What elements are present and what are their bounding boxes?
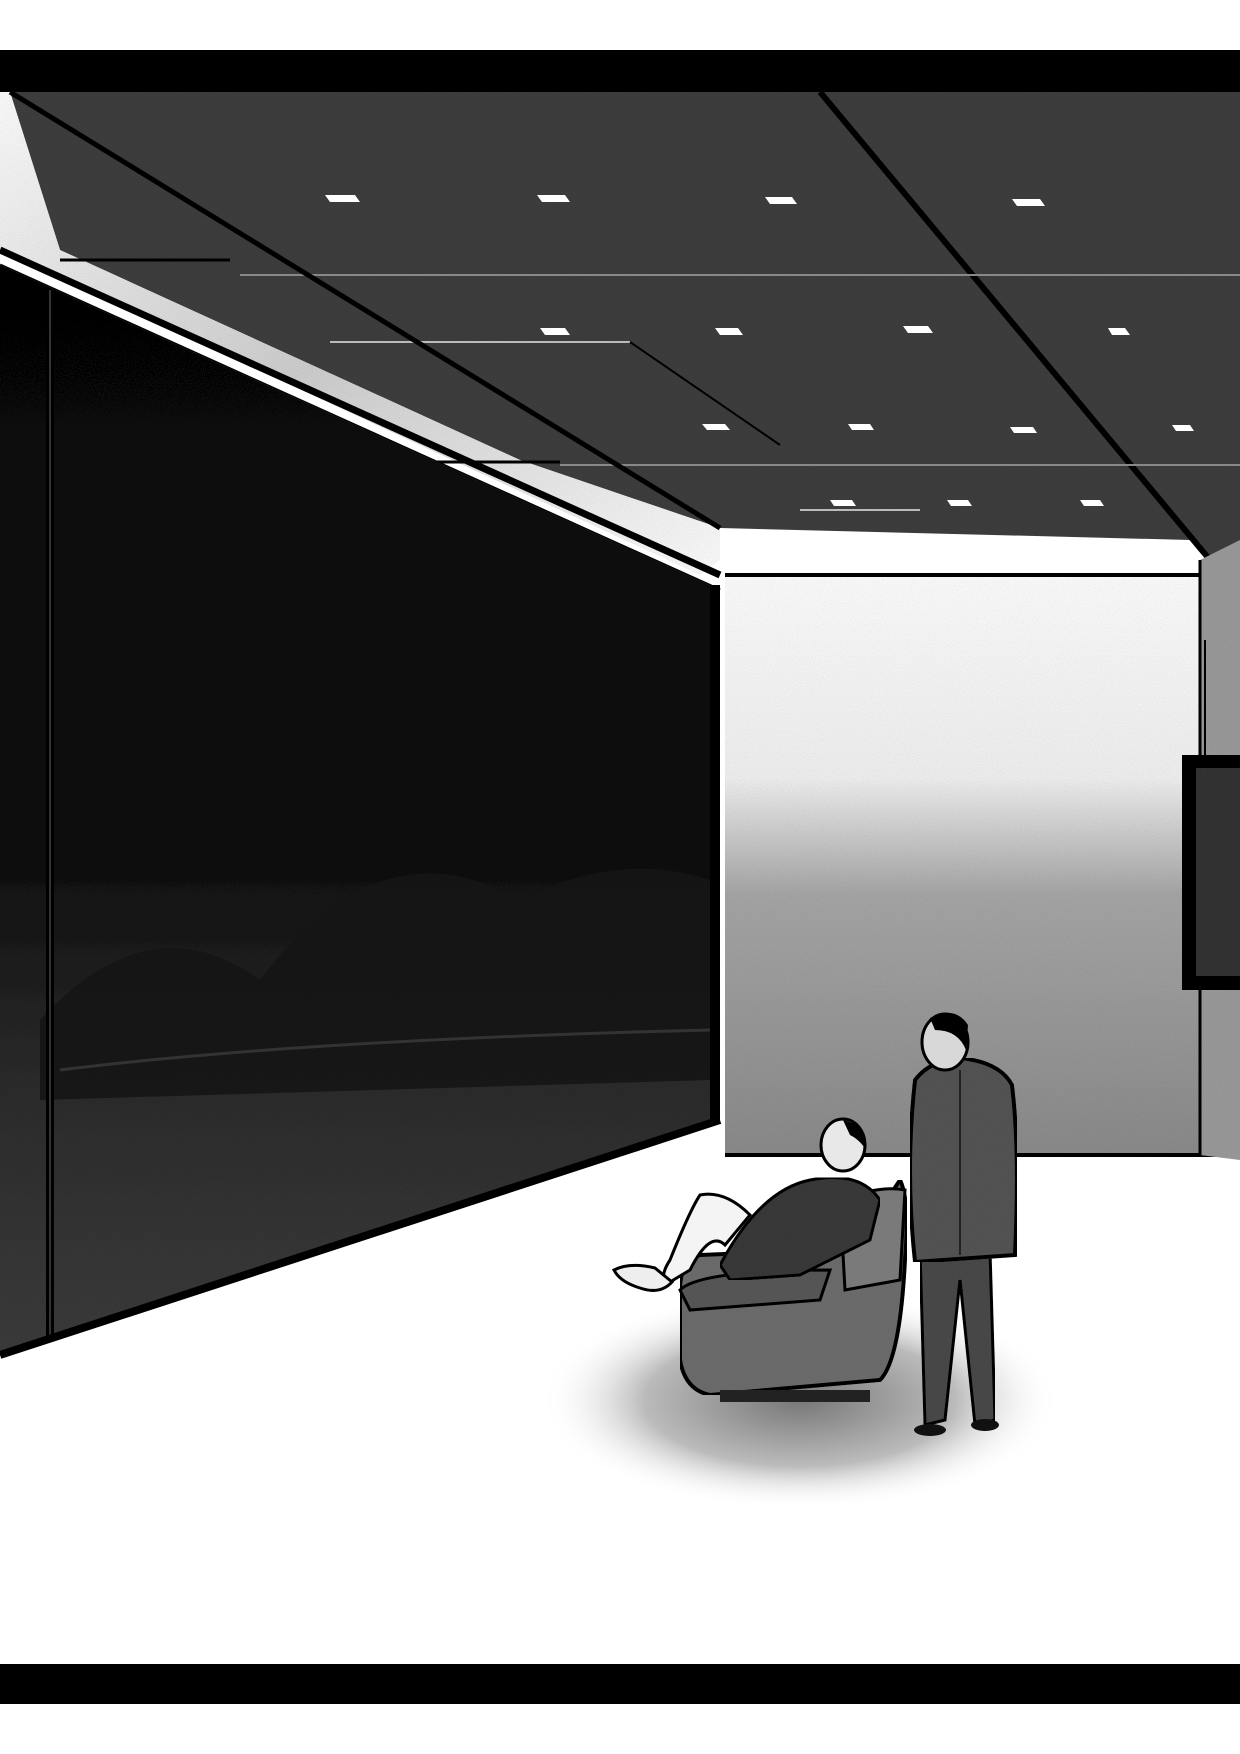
top-border [0,50,1240,92]
bottom-border [0,1664,1240,1704]
manga-panel [0,0,1240,1754]
